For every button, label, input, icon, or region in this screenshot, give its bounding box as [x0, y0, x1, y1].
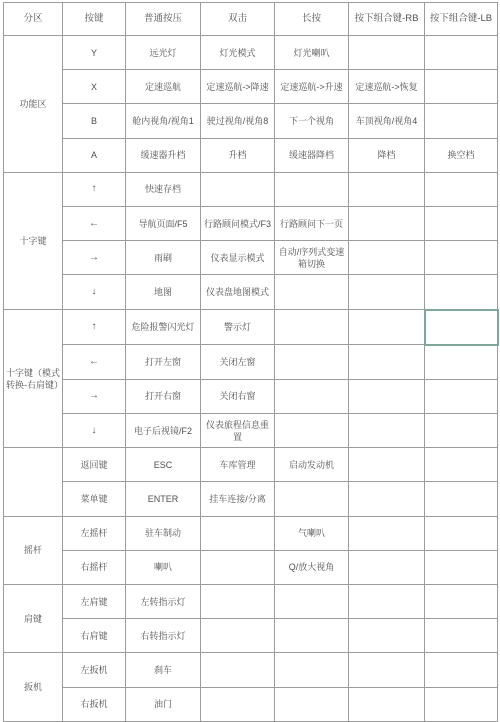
table-row: A缓速器升档升档缓速器降档降档换空档	[4, 138, 498, 172]
long-press-cell[interactable]: 启动发动机	[275, 448, 349, 482]
section-cell-empty[interactable]	[4, 448, 63, 516]
combo-lb-cell[interactable]	[425, 241, 498, 275]
double-click-cell[interactable]: 仪表旅程信息重置	[201, 414, 275, 448]
double-click-cell[interactable]: 定速巡航->降速	[201, 70, 275, 104]
long-press-cell[interactable]	[275, 379, 349, 413]
combo-rb-cell[interactable]: 车顶视角/视角4	[349, 104, 425, 138]
combo-rb-cell[interactable]	[349, 619, 425, 653]
button-cell[interactable]: ←	[63, 345, 126, 380]
normal-press-cell[interactable]: ENTER	[126, 482, 201, 516]
long-press-cell[interactable]	[275, 619, 349, 653]
table-row: ←导航页面/F5行路顾问模式/F3行路顾问下一页	[4, 206, 498, 240]
button-cell[interactable]: →	[63, 241, 126, 275]
normal-press-cell[interactable]: 定速巡航	[126, 70, 201, 104]
table-row: 返回键ESC车库管理启动发动机	[4, 448, 498, 482]
combo-lb-cell[interactable]	[425, 516, 498, 550]
long-press-cell[interactable]	[275, 585, 349, 619]
button-cell[interactable]: 左扳机	[63, 653, 126, 663]
normal-press-cell[interactable]: ESC	[126, 448, 201, 482]
combo-lb-cell[interactable]	[425, 275, 498, 310]
double-click-cell[interactable]: 灯光模式	[201, 36, 275, 70]
button-cell[interactable]: 菜单键	[63, 482, 126, 516]
button-cell[interactable]: 返回键	[63, 448, 126, 482]
combo-lb-cell[interactable]	[425, 550, 498, 584]
long-press-cell[interactable]	[275, 414, 349, 448]
double-click-cell[interactable]: 关闭左窗	[201, 345, 275, 380]
normal-press-cell[interactable]: 电子后视镜/F2	[126, 414, 201, 448]
normal-press-cell[interactable]: 刹车	[126, 653, 201, 663]
normal-press-cell[interactable]: 快速存档	[126, 172, 201, 206]
section-cell[interactable]: 十字键（模式转换-右肩键）	[4, 310, 63, 448]
double-click-cell[interactable]: 升档	[201, 138, 275, 172]
combo-lb-cell[interactable]	[425, 172, 498, 206]
table-row: X定速巡航定速巡航->降速定速巡航->升速定速巡航->恢复	[4, 70, 498, 104]
table-row: →雨刷仪表显示模式自动/序列式变速箱切换	[4, 241, 498, 275]
double-click-cell[interactable]: 关闭右窗	[201, 379, 275, 413]
button-cell[interactable]: 左肩键	[63, 585, 126, 619]
long-press-cell[interactable]: 灯光喇叭	[275, 36, 349, 70]
combo-lb-cell[interactable]	[425, 448, 498, 482]
long-press-cell[interactable]	[275, 653, 349, 663]
combo-rb-cell[interactable]	[349, 482, 425, 516]
combo-lb-cell[interactable]	[425, 585, 498, 619]
button-cell[interactable]: ←	[63, 206, 126, 240]
combo-lb-cell[interactable]	[425, 653, 498, 663]
normal-press-cell[interactable]: 打开右窗	[126, 379, 201, 413]
button-cell[interactable]: 左摇杆	[63, 516, 126, 550]
double-click-cell[interactable]: 驶过视角/视角8	[201, 104, 275, 138]
combo-rb-cell[interactable]	[349, 241, 425, 275]
combo-lb-cell[interactable]	[425, 379, 498, 413]
double-click-cell[interactable]: 行路顾问模式/F3	[201, 206, 275, 240]
table-row: ←打开左窗关闭左窗	[4, 345, 498, 380]
combo-rb-cell[interactable]	[349, 310, 425, 345]
normal-press-cell[interactable]: 远光灯	[126, 36, 201, 70]
normal-press-cell[interactable]: 地图	[126, 275, 201, 310]
long-press-cell[interactable]: Q/放大视角	[275, 550, 349, 584]
combo-lb-cell[interactable]	[425, 104, 498, 138]
table-body: 功能区Y远光灯灯光模式灯光喇叭X定速巡航定速巡航->降速定速巡航->升速定速巡航…	[4, 36, 498, 664]
combo-rb-cell[interactable]: 定速巡航->恢复	[349, 70, 425, 104]
button-cell[interactable]: X	[63, 70, 126, 104]
double-click-cell[interactable]	[201, 516, 275, 550]
long-press-cell[interactable]	[275, 172, 349, 206]
normal-press-cell[interactable]: 右转指示灯	[126, 619, 201, 653]
keybinding-table: 分区 按键 普通按压 双击 长按 按下组合键-RB 按下组合键-LB 功能区Y远…	[3, 2, 499, 663]
section-cell[interactable]: 扳机	[4, 653, 63, 663]
table-row: 肩键左肩键左转指示灯	[4, 585, 498, 619]
double-click-cell[interactable]: 警示灯	[201, 310, 275, 345]
table-row: 扳机左扳机刹车	[4, 653, 498, 663]
long-press-cell[interactable]: 自动/序列式变速箱切换	[275, 241, 349, 275]
table-row: B舱内视角/视角1驶过视角/视角8下一个视角车顶视角/视角4	[4, 104, 498, 138]
normal-press-cell[interactable]: 缓速器升档	[126, 138, 201, 172]
combo-rb-cell[interactable]	[349, 379, 425, 413]
section-cell[interactable]: 摇杆	[4, 516, 63, 584]
long-press-cell[interactable]: 下一个视角	[275, 104, 349, 138]
section-cell[interactable]: 肩键	[4, 585, 63, 653]
table-row: 右摇杆喇叭Q/放大视角	[4, 550, 498, 584]
table-row: 十字键↑快速存档	[4, 172, 498, 206]
combo-rb-cell[interactable]	[349, 448, 425, 482]
combo-rb-cell[interactable]	[349, 172, 425, 206]
long-press-cell[interactable]	[275, 482, 349, 516]
long-press-cell[interactable]: 缓速器降档	[275, 138, 349, 172]
header-normal-press[interactable]: 普通按压	[126, 3, 201, 36]
normal-press-cell[interactable]: 打开左窗	[126, 345, 201, 380]
combo-rb-cell[interactable]	[349, 36, 425, 70]
table-row: 菜单键ENTER挂车连接/分离	[4, 482, 498, 516]
normal-press-cell[interactable]: 导航页面/F5	[126, 206, 201, 240]
normal-press-cell[interactable]: 雨刷	[126, 241, 201, 275]
button-cell[interactable]: →	[63, 379, 126, 413]
combo-rb-cell[interactable]	[349, 550, 425, 584]
combo-lb-cell[interactable]: 换空档	[425, 138, 498, 172]
long-press-cell[interactable]: 定速巡航->升速	[275, 70, 349, 104]
header-combo-rb[interactable]: 按下组合键-RB	[349, 3, 425, 36]
normal-press-cell[interactable]: 驻车制动	[126, 516, 201, 550]
combo-lb-cell[interactable]	[425, 206, 498, 240]
header-row: 分区 按键 普通按压 双击 长按 按下组合键-RB 按下组合键-LB	[4, 3, 498, 36]
double-click-cell[interactable]	[201, 653, 275, 663]
normal-press-cell[interactable]: 危险报警闪光灯	[126, 310, 201, 345]
section-cell[interactable]: 功能区	[4, 36, 63, 173]
table-row: →打开右窗关闭右窗	[4, 379, 498, 413]
long-press-cell[interactable]	[275, 310, 349, 345]
combo-rb-cell[interactable]	[349, 585, 425, 619]
long-press-cell[interactable]	[275, 345, 349, 380]
combo-lb-cell[interactable]	[425, 70, 498, 104]
double-click-cell[interactable]: 仪表盘地图模式	[201, 275, 275, 310]
combo-rb-cell[interactable]	[349, 275, 425, 310]
button-cell[interactable]: ↓	[63, 414, 126, 448]
table-row: ↓电子后视镜/F2仪表旅程信息重置	[4, 414, 498, 448]
header-section[interactable]: 分区	[4, 3, 63, 36]
selected-cell[interactable]	[425, 310, 498, 345]
table-row: 右肩键右转指示灯	[4, 619, 498, 653]
combo-rb-cell[interactable]	[349, 653, 425, 663]
combo-lb-cell[interactable]	[425, 36, 498, 70]
double-click-cell[interactable]	[201, 585, 275, 619]
long-press-cell[interactable]: 行路顾问下一页	[275, 206, 349, 240]
normal-press-cell[interactable]: 左转指示灯	[126, 585, 201, 619]
header-combo-lb[interactable]: 按下组合键-LB	[425, 3, 498, 36]
combo-lb-cell[interactable]	[425, 414, 498, 448]
combo-lb-cell[interactable]	[425, 619, 498, 653]
table-row: 十字键（模式转换-右肩键）↑危险报警闪光灯警示灯	[4, 310, 498, 345]
header-long-press[interactable]: 长按	[275, 3, 349, 36]
header-double-click[interactable]: 双击	[201, 3, 275, 36]
section-cell[interactable]: 十字键	[4, 172, 63, 309]
header-button[interactable]: 按键	[63, 3, 126, 36]
keybinding-sheet: 分区 按键 普通按压 双击 长按 按下组合键-RB 按下组合键-LB 功能区Y远…	[3, 2, 497, 656]
combo-rb-cell[interactable]	[349, 206, 425, 240]
normal-press-cell[interactable]: 舱内视角/视角1	[126, 104, 201, 138]
long-press-cell[interactable]	[275, 275, 349, 310]
table-row: ↓地图仪表盘地图模式	[4, 275, 498, 310]
double-click-cell[interactable]	[201, 172, 275, 206]
combo-rb-cell[interactable]	[349, 414, 425, 448]
combo-rb-cell[interactable]	[349, 516, 425, 550]
combo-lb-cell[interactable]	[425, 345, 498, 380]
button-cell[interactable]: A	[63, 138, 126, 172]
table-row: 功能区Y远光灯灯光模式灯光喇叭	[4, 36, 498, 70]
table-row: 摇杆左摇杆驻车制动气喇叭	[4, 516, 498, 550]
double-click-cell[interactable]: 车库管理	[201, 448, 275, 482]
combo-rb-cell[interactable]	[349, 345, 425, 380]
button-cell[interactable]: B	[63, 104, 126, 138]
double-click-cell[interactable]: 挂车连接/分离	[201, 482, 275, 516]
combo-rb-cell[interactable]: 降档	[349, 138, 425, 172]
button-cell[interactable]: ↓	[63, 275, 126, 310]
double-click-cell[interactable]	[201, 619, 275, 653]
button-cell[interactable]: ↑	[63, 310, 126, 345]
button-cell[interactable]: ↑	[63, 172, 126, 206]
combo-lb-cell[interactable]	[425, 482, 498, 516]
double-click-cell[interactable]: 仪表显示模式	[201, 241, 275, 275]
double-click-cell[interactable]	[201, 550, 275, 584]
button-cell[interactable]: 右摇杆	[63, 550, 126, 584]
long-press-cell[interactable]: 气喇叭	[275, 516, 349, 550]
button-cell[interactable]: Y	[63, 36, 126, 70]
button-cell[interactable]: 右肩键	[63, 619, 126, 653]
normal-press-cell[interactable]: 喇叭	[126, 550, 201, 584]
